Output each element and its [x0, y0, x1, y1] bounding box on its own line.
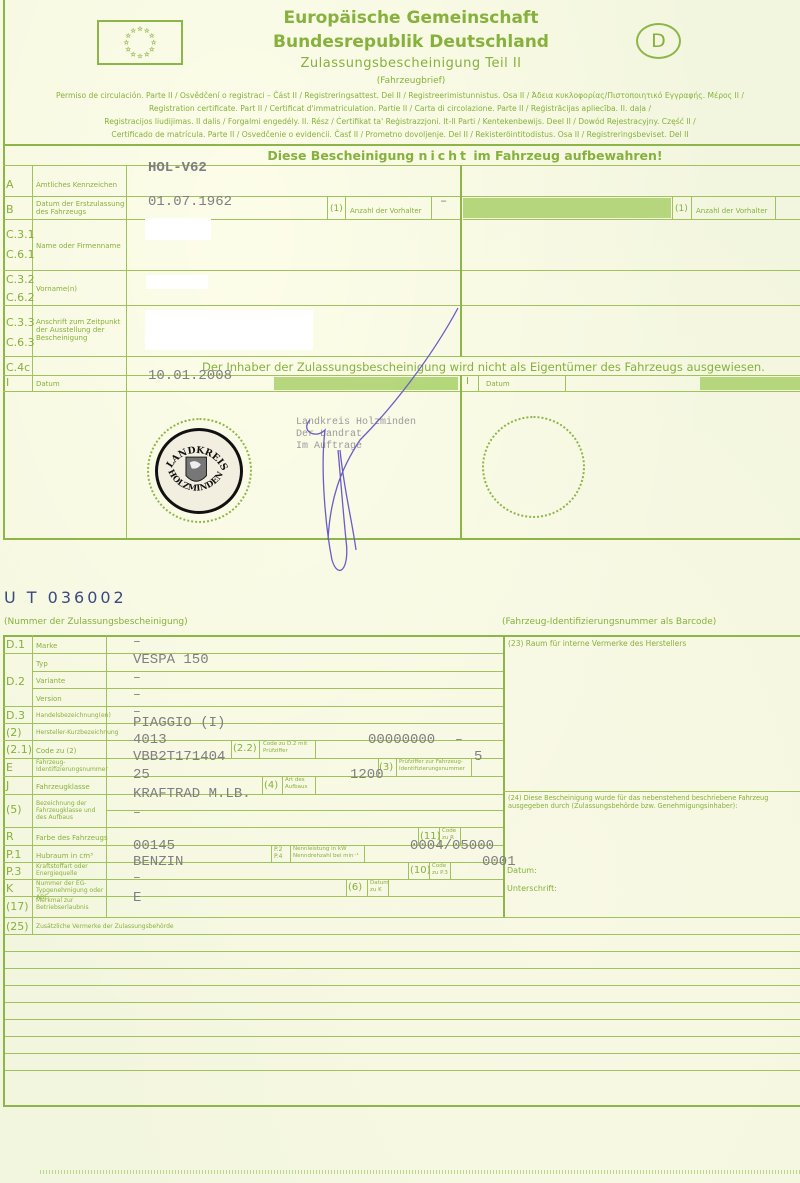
title-subtitle: (Fahrzeugbrief) [0, 76, 800, 86]
warning-banner: Diese Bescheinigung nicht im Fahrzeug au… [130, 148, 800, 163]
field-code-25: (25) [6, 920, 29, 933]
field-code-5: (5) [6, 803, 22, 816]
warning-emphasis: nicht [419, 148, 469, 163]
field-label-first-name: Vorname(n) [36, 285, 77, 293]
field-code-c61: C.6.1 [6, 248, 35, 261]
body-type-value: 1200 [350, 767, 384, 783]
displacement-value: 00145 [133, 838, 175, 854]
field-code-17: (17) [6, 900, 29, 913]
prev-holders-label: Anzahl der Vorhalter [350, 207, 422, 215]
issue-date-value: 10.01.2008 [148, 368, 232, 384]
signature-icon [280, 300, 480, 590]
date-label: Datum: [507, 867, 537, 875]
field-label-code-2: Code zu (2) [36, 747, 76, 755]
field-label-additional-remarks: Zusätzliche Vermerke der Zulassungsbehör… [36, 923, 174, 931]
code-6-label: Datum zu K [370, 880, 388, 894]
variant-value: – [133, 670, 141, 685]
field-label-trade-name: Handelsbezeichnung(en) [36, 712, 111, 720]
barcode-caption: (Fahrzeug-Identifizierungsnummer als Bar… [502, 617, 716, 627]
vehicle-class-value: 25 [133, 767, 150, 783]
field-code-c62: C.6.2 [6, 291, 35, 304]
green-fill-box [463, 198, 671, 218]
field-label-version: Version [36, 695, 62, 703]
country-badge: D [636, 23, 681, 59]
make-value: – [133, 634, 141, 649]
power-rpm-value: 0004/05000 [410, 838, 494, 854]
signature-label: Unterschrift: [507, 885, 557, 893]
field-code-c4c: C.4c [6, 361, 30, 374]
title-document: Zulassungsbescheinigung Teil II [0, 56, 800, 71]
class-designation-value-2: – [133, 805, 141, 820]
field-code-j: J [6, 779, 9, 792]
manufacturer-value: PIAGGIO (I) [133, 715, 225, 731]
translation-line: Permiso de circulación. Parte II / Osvěd… [0, 91, 800, 100]
issued-by-label: (24) Diese Bescheinigung wurde für das n… [508, 794, 793, 810]
version-value: – [133, 687, 141, 702]
type-value: VESPA 150 [133, 652, 209, 668]
vin-check-digit-value: 5 [474, 749, 482, 765]
prev-holders-value: – [440, 194, 447, 208]
code-3-label: Prüfziffer zur Fahrzeug-Identifizierungs… [399, 759, 471, 773]
field-code-p1: P.1 [6, 848, 21, 861]
p2-label: Nennleistung in kW [293, 846, 347, 853]
green-fill-box [700, 377, 800, 390]
field-label-vehicle-class: Fahrzeugklasse [36, 783, 90, 791]
prev-holders-code: (1) [330, 204, 343, 214]
field-code-d3: D.3 [6, 709, 25, 722]
operating-permit-value: E [133, 890, 141, 906]
translation-line: Certificado de matrícula. Parte II / Osv… [0, 130, 800, 139]
field-label-manufacturer: Hersteller-Kurzbezeichnung [36, 729, 119, 737]
perforation-strip [40, 1170, 800, 1174]
code-4-label: Art des Aufbaus [285, 777, 315, 791]
redacted-first-name [146, 275, 208, 289]
certificate-number: U T 036002 [4, 588, 127, 607]
field-label-operating-permit: Merkmal zur Betriebserlaubnis [36, 897, 106, 911]
field-code-i: I [6, 376, 9, 389]
field-code-d1: D.1 [6, 638, 25, 651]
code-2-value: 4013 [133, 732, 167, 748]
warning-suffix: im Fahrzeug aufbewahren! [469, 148, 663, 163]
code-22-label: Code zu D.2 mit Prüfziffer [263, 741, 315, 755]
field-label-vin: Fahrzeug-Identifizierungsnummer [36, 759, 106, 773]
field-code-c31: C.3.1 [6, 228, 35, 241]
field-code-21: (2.1) [6, 743, 32, 756]
field-code-e: E [6, 761, 13, 774]
p4-label: Nenndrehzahl bei min⁻¹ [293, 853, 359, 860]
field-label-class-designation: Bezeichnung der Fahrzeugklasse und des A… [36, 800, 106, 821]
license-plate-value: HOL-V62 [148, 160, 207, 176]
field-code-2: (2) [6, 726, 22, 739]
field-code-c32: C.3.2 [6, 273, 35, 286]
field-code-a: A [6, 178, 14, 191]
field-label-date: Datum [36, 380, 60, 388]
warning-prefix: Diese Bescheinigung [267, 148, 418, 163]
field-label-make: Marke [36, 642, 57, 650]
p4-code: P.4 [274, 853, 282, 860]
redacted-name [145, 218, 211, 240]
field-code-k: K [6, 882, 13, 895]
code-10-code: (10) [410, 865, 431, 876]
right-date-label: Datum [486, 380, 510, 388]
field-code-p3: P.3 [6, 865, 21, 878]
field-label-color: Farbe des Fahrzeugs [36, 834, 108, 842]
official-seal-icon: LANDKREIS HOLZMINDEN [155, 428, 243, 514]
code-22-code: (2.2) [233, 743, 257, 754]
field-label-name: Name oder Firmenname [36, 242, 121, 250]
field-label-type: Typ [36, 660, 48, 668]
field-code-b: B [6, 203, 14, 216]
first-registration-value: 01.07.1962 [148, 194, 232, 210]
fuel-value: BENZIN [133, 854, 183, 870]
code-22-suffix: – [455, 732, 463, 747]
class-designation-value: KRAFTRAD M.LB. [133, 786, 251, 802]
right-prev-holders-label: Anzahl der Vorhalter [696, 207, 768, 215]
code-10-label: Code zu P.3 [432, 863, 450, 877]
translation-line: Registration certificate. Part II / Cert… [0, 104, 800, 113]
field-code-d2: D.2 [6, 675, 25, 688]
field-label-variant: Variante [36, 677, 65, 685]
field-label-plate: Amtliches Kennzeichen [36, 181, 117, 189]
type-approval-value: – [133, 870, 141, 885]
manufacturer-notes-label: (23) Raum für interne Vermerke des Herst… [508, 640, 686, 648]
field-code-c63: C.6.3 [6, 336, 35, 349]
code-4-code: (4) [264, 780, 278, 791]
field-label-fuel: Kraftstoffart oder Energiequelle [36, 863, 106, 877]
code-22-value: 00000000 [368, 732, 435, 748]
field-label-displacement: Hubraum in cm³ [36, 852, 93, 860]
p2-code: P.2 [274, 846, 282, 853]
code-6-code: (6) [348, 882, 362, 893]
right-prev-holders-code: (1) [675, 204, 688, 214]
translation-line: Registracijos liudijimas. II dalis / For… [0, 117, 800, 126]
certificate-number-caption: (Nummer der Zulassungsbescheinigung) [4, 617, 188, 627]
title-eg: Europäische Gemeinschaft [0, 8, 800, 28]
field-code-c33: C.3.3 [6, 316, 35, 329]
field-code-r: R [6, 830, 14, 843]
frame-line [3, 144, 800, 146]
field-label-address: Anschrift zum Zeitpunkt der Ausstellung … [36, 318, 124, 342]
empty-seal-outline [482, 416, 585, 518]
vin-value: VBB2T171404 [133, 749, 225, 765]
field-label-first-registration: Datum der Erstzulassung des Fahrzeugs [36, 200, 126, 216]
